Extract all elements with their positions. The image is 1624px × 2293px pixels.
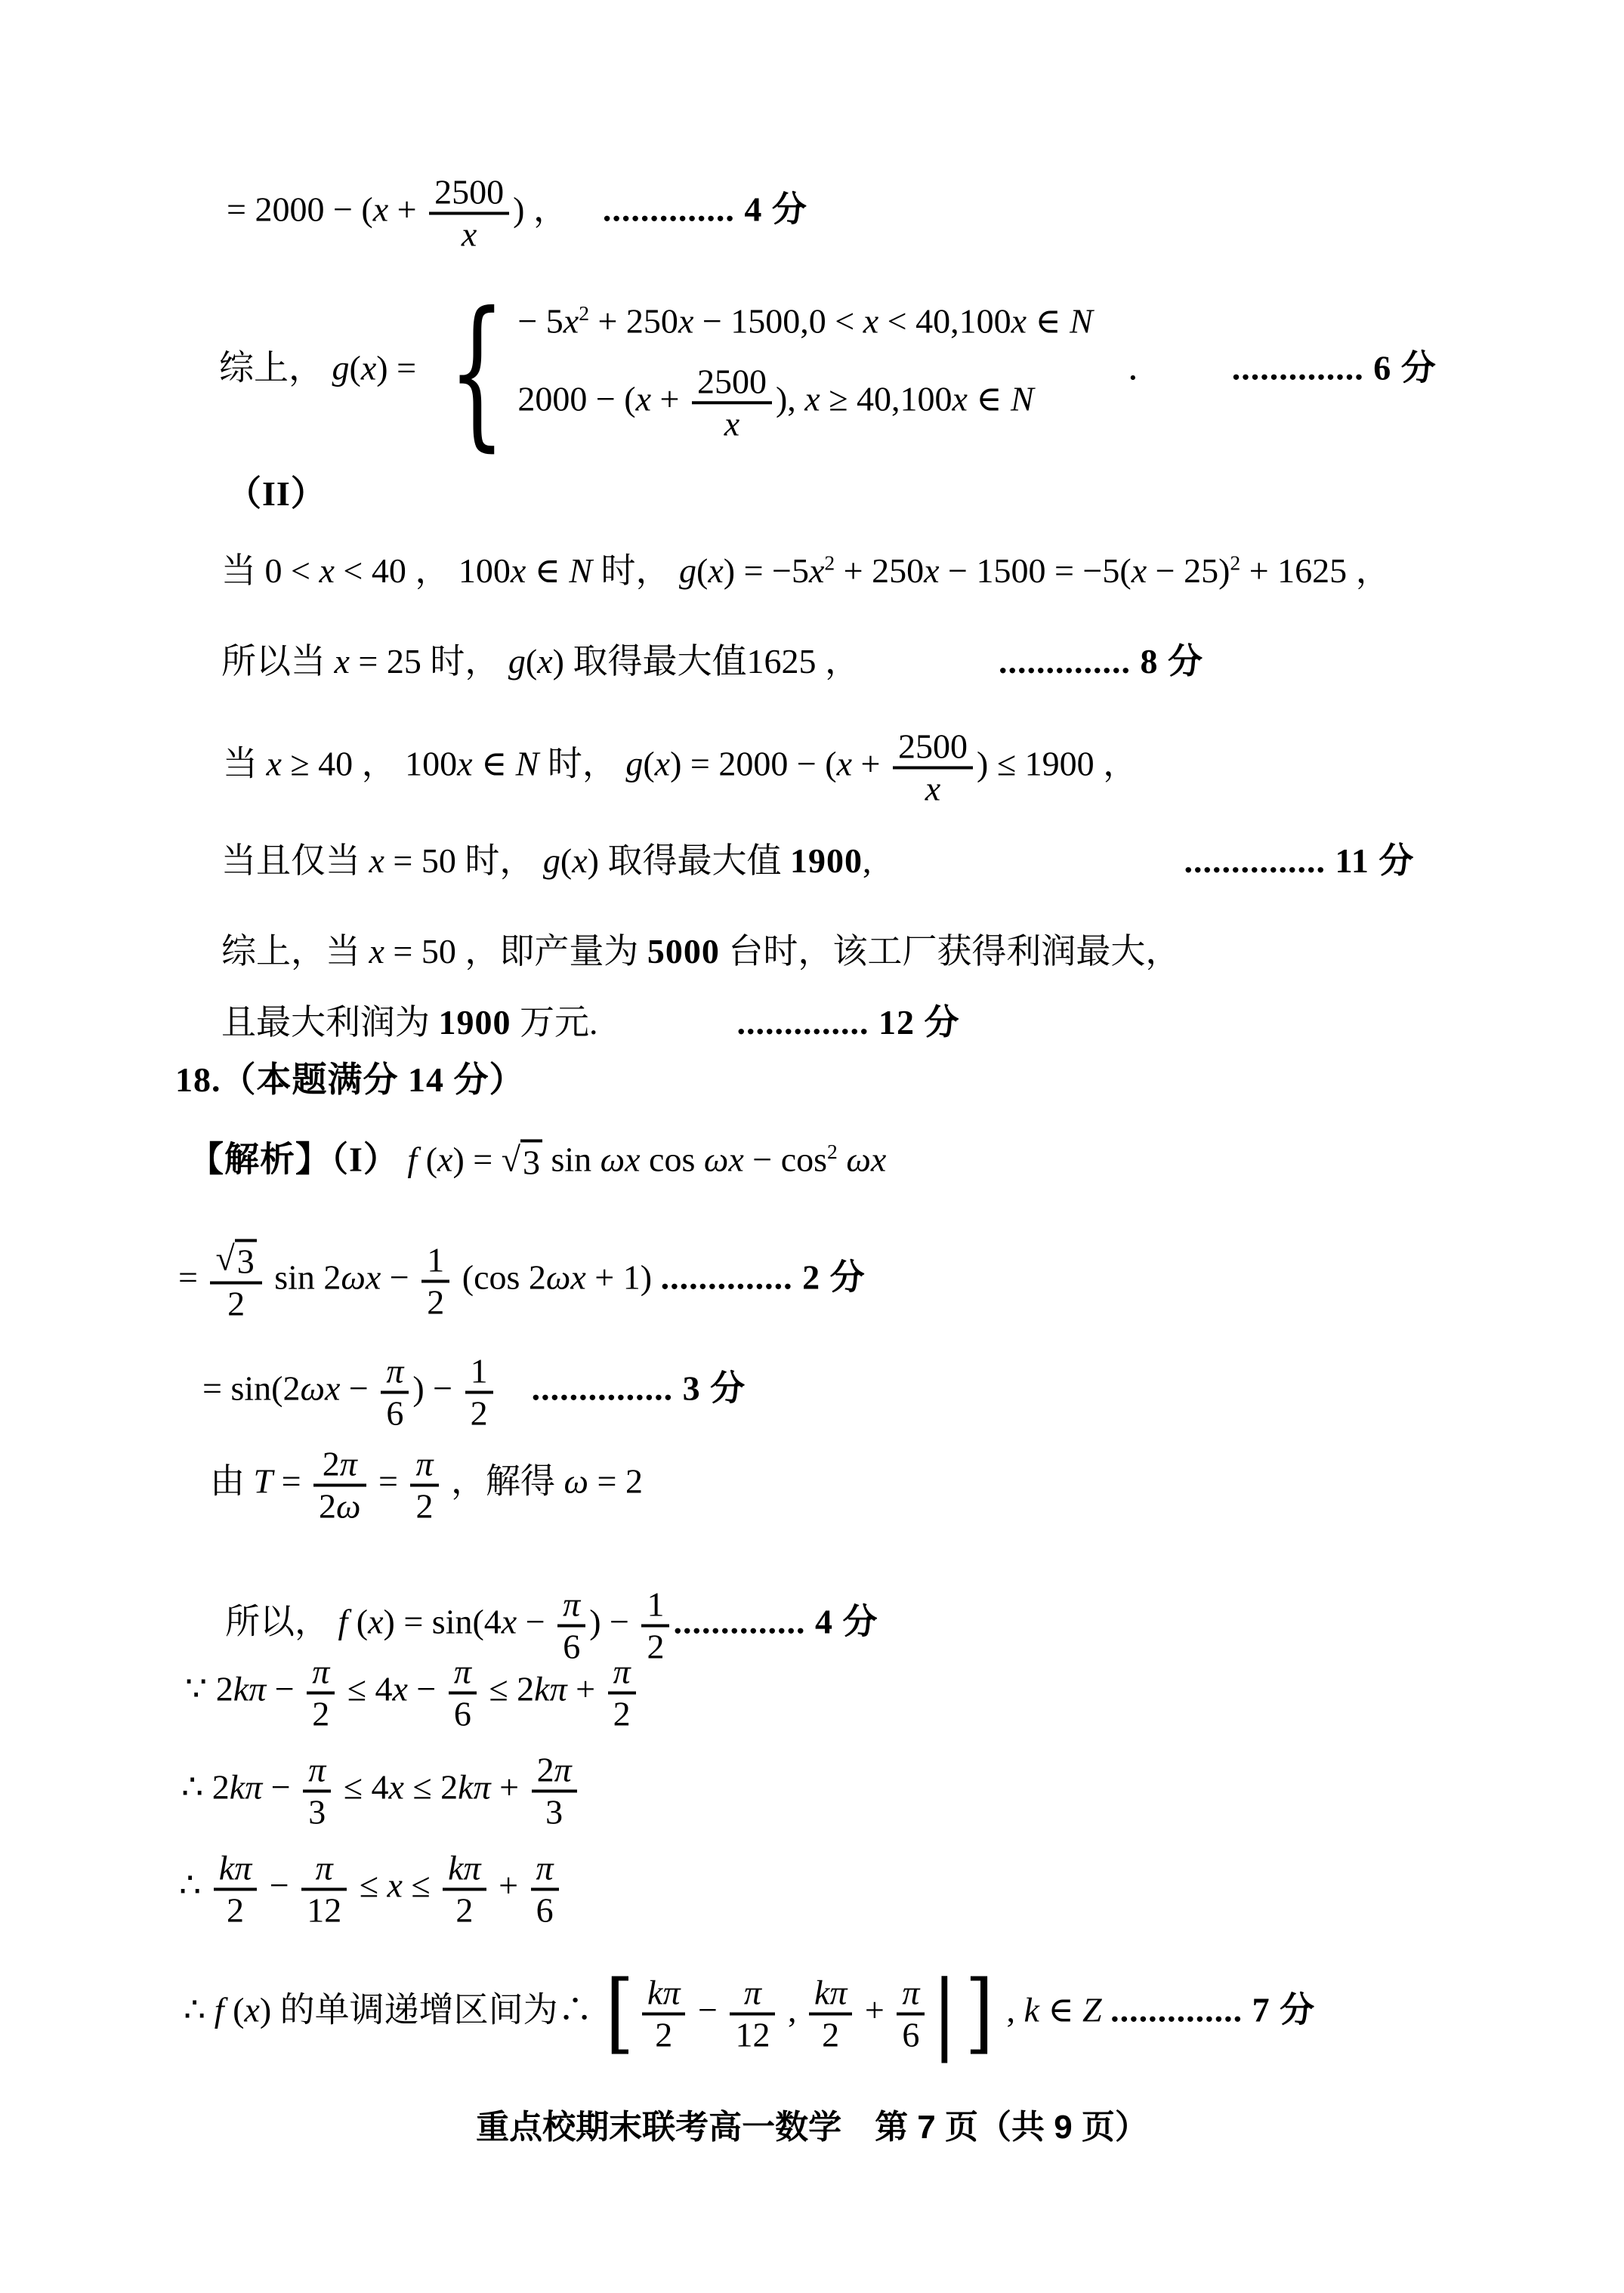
line-case1-vertex-form: 当 0 < x < 40 ， 100x ∈ N 时， g(x) = −5x2 +… xyxy=(221,543,1391,593)
line-step-3pts: = sin(2ωx − π6) − 12 ............... 3 分 xyxy=(202,1351,746,1432)
line-therefore-4x-bounds: ∴ 2kπ − π3 ≤ 4x ≤ 2kπ + 2π3 xyxy=(181,1750,581,1831)
line-increasing-interval-7pts: ∴ f (x) 的单调递增区间为∴ [kπ2 − π12 , kπ2 + π6|… xyxy=(184,1973,1315,2054)
page-footer: 重点校期末联考高一数学 第 7 页（共 9 页） xyxy=(0,2100,1624,2148)
line-period-solve-omega: 由 T = 2π2ω = π2 ，解得 ω = 2 xyxy=(210,1444,643,1525)
formula-piecewise-g-summary-6pts: 综上， g(x) = {− 5x2 + 250x − 1500,0 < x < … xyxy=(219,298,1437,445)
line-case2-inequality: 当 x ≥ 40 ， 100x ∈ N 时， g(x) = 2000 − (x … xyxy=(223,727,1138,807)
line-step-2pts: = √32 sin 2ωx − 12 (cos 2ωx + 1) .......… xyxy=(178,1239,866,1322)
line-max-value-1900-11pts: 当且仅当 x = 50 时， g(x) 取得最大值 1900, ........… xyxy=(221,833,1414,883)
line-analysis-fx-definition: 【解析】（I） f (x) = √3 sin ωx cos ωx − cos2 … xyxy=(189,1132,886,1183)
heading-question-18: 18.（本题满分 14 分） xyxy=(175,1052,525,1102)
formula-profit-simplified-4pts: = 2000 − (x + 2500x) ， .............. 4 … xyxy=(227,172,807,253)
line-therefore-x-bounds: ∴ kπ2 − π12 ≤ x ≤ kπ2 + π6 xyxy=(179,1848,563,1929)
line-max-profit-12pts: 且最大利润为 1900 万元. .............. 12 分 xyxy=(221,995,960,1045)
section-label-part2: （II） xyxy=(227,466,326,516)
line-conclusion-production: 综上，当 x = 50 ，即产量为 5000 台时，该工厂获得利润最大， xyxy=(221,924,1180,974)
line-because-inequality: ∵ 2kπ − π2 ≤ 4x − π6 ≤ 2kπ + π2 xyxy=(185,1652,640,1733)
line-max-value-1625-8pts: 所以当 x = 25 时， g(x) 取得最大值1625 ， .........… xyxy=(221,634,1203,684)
